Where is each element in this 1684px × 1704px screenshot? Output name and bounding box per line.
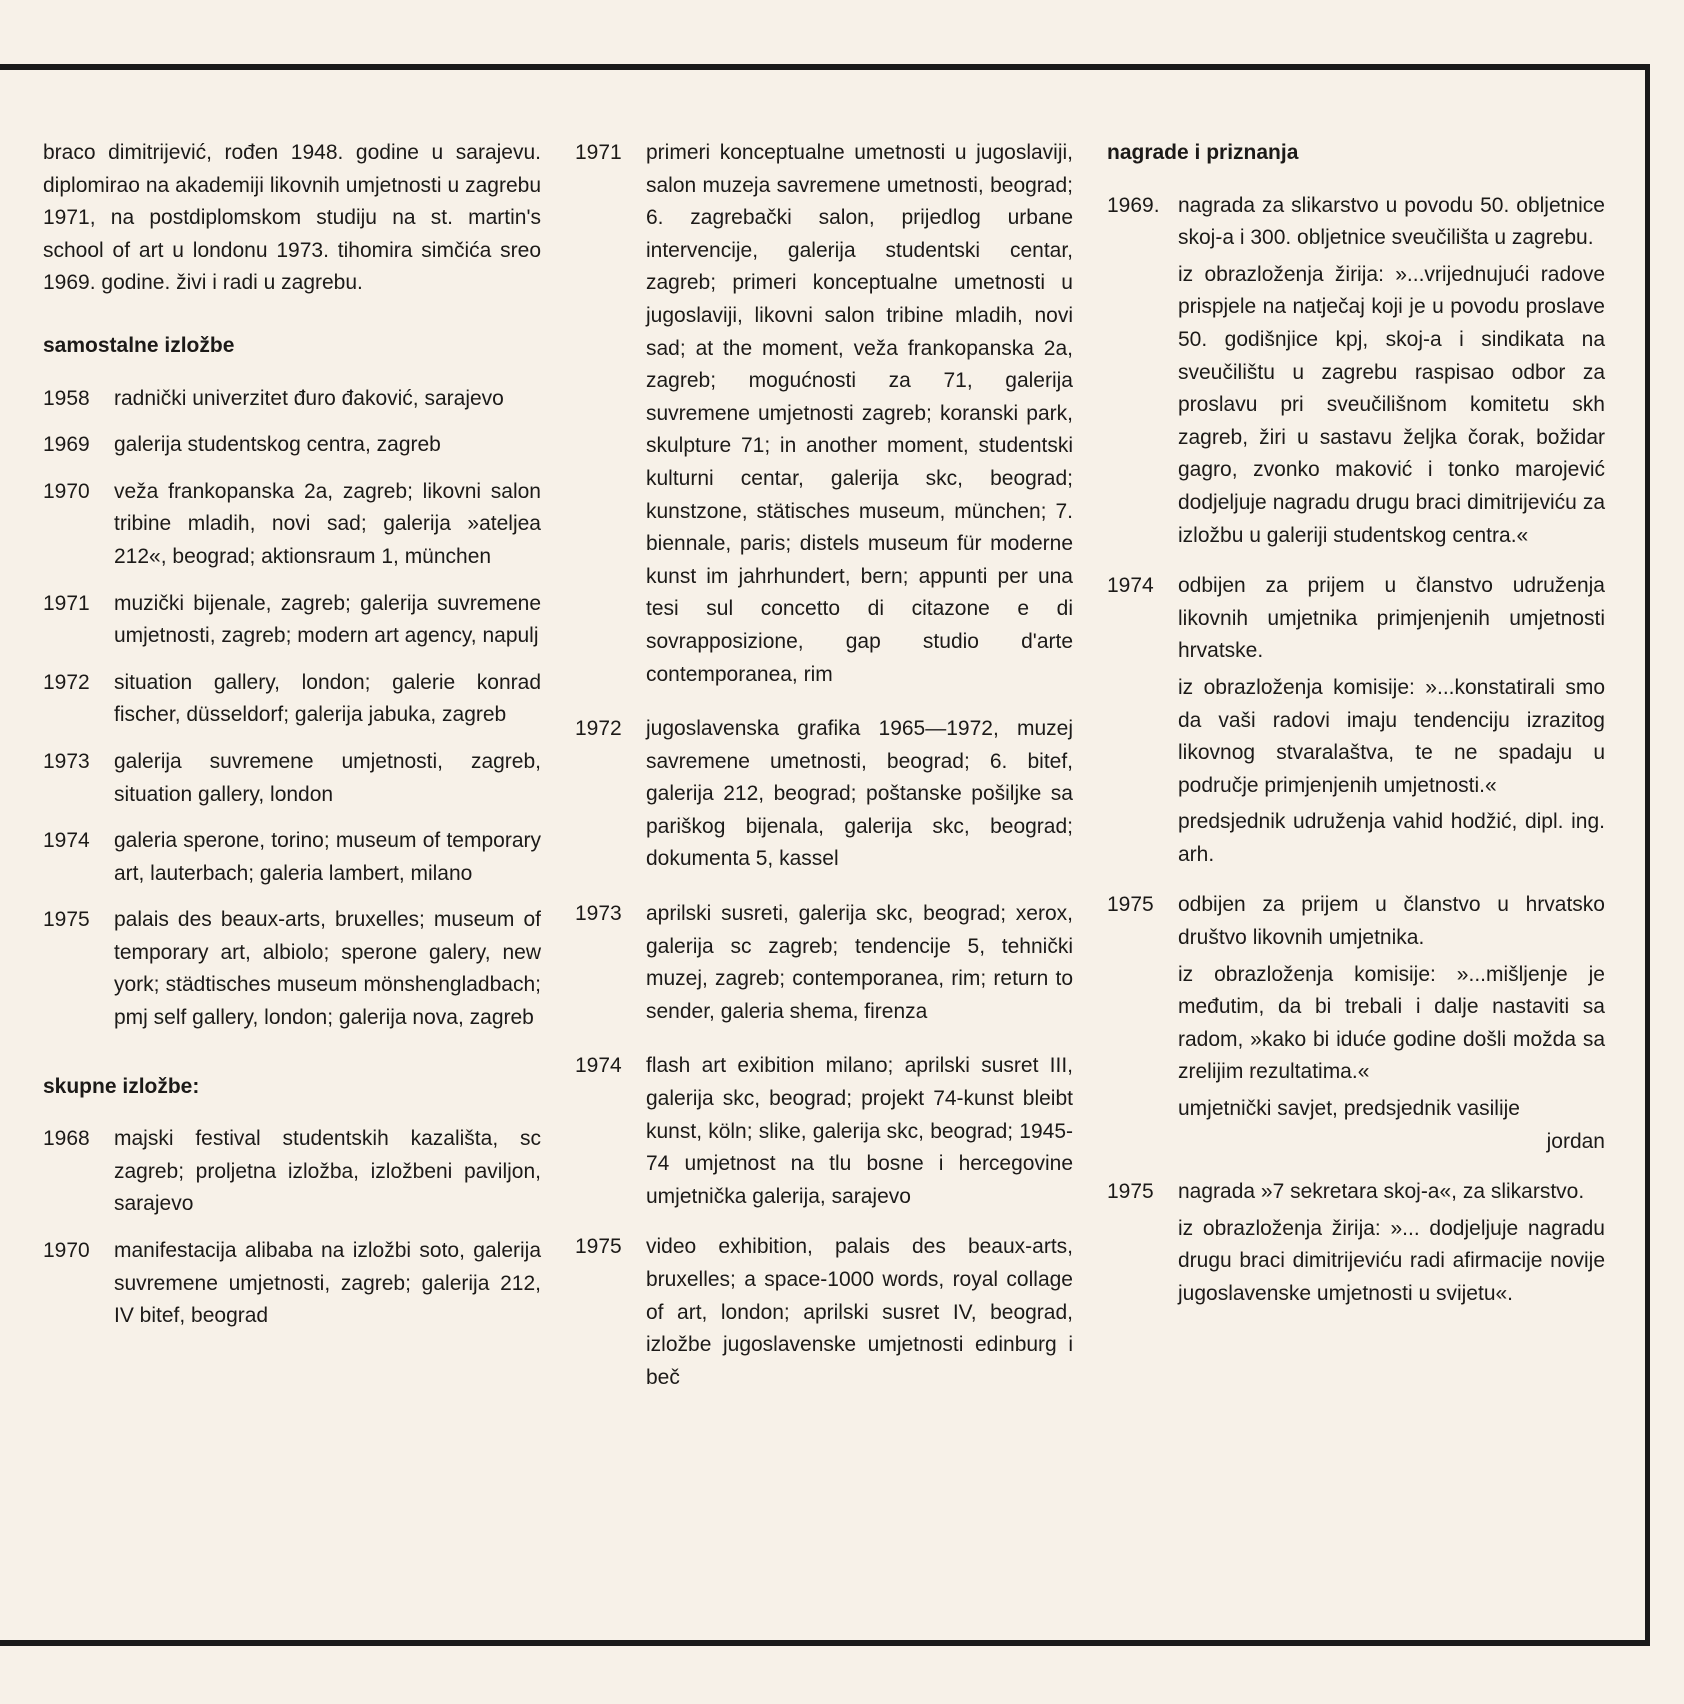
solo-exhibitions-list: 1958radnički univerzitet đuro đaković, s… [43,383,541,1035]
middle-column: 1971primeri konceptualne umetnosti u jug… [575,137,1073,1408]
list-item: 1970manifestacija alibaba na izložbi sot… [43,1235,541,1333]
signature-name: jordan [1178,1126,1605,1159]
jury-quote: iz obrazloženja žirija: »...vrijednujući… [1178,259,1605,552]
entry-text: nagrada za slikarstvo u povodu 50. oblje… [1178,190,1605,255]
entry-year: 1975 [1107,1176,1178,1310]
list-item: 1974 odbijen za prijem u članstvo udruže… [1107,570,1605,871]
entry-year: 1968 [43,1123,114,1221]
awards-list: 1969. nagrada za slikarstvo u povodu 50.… [1107,190,1605,1311]
awards-heading: nagrade i priznanja [1107,137,1605,170]
entry-text: palais des beaux-arts, bruxelles; museum… [114,904,541,1034]
entry-year: 1969 [43,429,114,462]
entry-text: muzički bijenale, zagreb; galerija suvre… [114,588,541,653]
list-item: 1974flash art exibition milano; aprilski… [575,1050,1073,1213]
entry-text: flash art exibition milano; aprilski sus… [646,1050,1073,1213]
group-exhibitions-list-part1: 1968majski festival studentskih kazališt… [43,1123,541,1333]
list-item: 1958radnički univerzitet đuro đaković, s… [43,383,541,416]
entry-year: 1972 [43,667,114,732]
list-item: 1975video exhibition, palais des beaux-a… [575,1231,1073,1394]
list-item: 1972situation gallery, london; galerie k… [43,667,541,732]
entry-year: 1970 [43,1235,114,1333]
list-item: 1974galeria sperone, torino; museum of t… [43,825,541,890]
entry-text: galeria sperone, torino; museum of tempo… [114,825,541,890]
jury-quote: iz obrazloženja žirija: »... dodjeljuje … [1178,1213,1605,1311]
entry-year: 1975 [575,1231,646,1394]
entry-text: majski festival studentskih kazališta, s… [114,1123,541,1221]
entry-text: aprilski susreti, galerija skc, beograd;… [646,898,1073,1028]
list-item: 1969galerija studentskog centra, zagreb [43,429,541,462]
frame-top-rule [0,64,1650,70]
entry-year: 1973 [43,746,114,811]
entry-text: video exhibition, palais des beaux-arts,… [646,1231,1073,1394]
right-column: nagrade i priznanja 1969. nagrada za sli… [1107,137,1605,1329]
entry-year: 1971 [43,588,114,653]
entry-year: 1972 [575,713,646,876]
entry-text: manifestacija alibaba na izložbi soto, g… [114,1235,541,1333]
entry-text: galerija studentskog centra, zagreb [114,429,541,462]
entry-year: 1973 [575,898,646,1028]
signature: umjetnički savjet, predsjednik vasilije [1178,1093,1605,1126]
commission-quote: iz obrazloženja komisije: »...konstatira… [1178,672,1605,802]
frame-right-rule [1645,66,1650,1646]
entry-year: 1975 [1107,889,1178,1158]
entry-text: situation gallery, london; galerie konra… [114,667,541,732]
solo-exhibitions-heading: samostalne izložbe [43,330,541,363]
entry-text: odbijen za prijem u članstvo u hrvatsko … [1178,889,1605,954]
group-exhibitions-list-part2: 1971primeri konceptualne umetnosti u jug… [575,137,1073,1394]
entry-year: 1975 [43,904,114,1034]
entry-text: radnički univerzitet đuro đaković, saraj… [114,383,541,416]
entry-year: 1974 [575,1050,646,1213]
list-item: 1971muzički bijenale, zagreb; galerija s… [43,588,541,653]
entry-text: jugoslavenska grafika 1965—1972, muzej s… [646,713,1073,876]
entry-year: 1974 [43,825,114,890]
list-item: 1973aprilski susreti, galerija skc, beog… [575,898,1073,1028]
entry-text: veža frankopanska 2a, zagreb; likovni sa… [114,476,541,574]
entry-text: odbijen za prijem u članstvo udruženja l… [1178,570,1605,668]
frame-bottom-rule [0,1640,1650,1646]
left-column: braco dimitrijević, rođen 1948. godine u… [43,137,541,1347]
entry-year: 1970 [43,476,114,574]
entry-year: 1958 [43,383,114,416]
list-item: 1975 nagrada »7 sekretara skoj-a«, za sl… [1107,1176,1605,1310]
list-item: 1970veža frankopanska 2a, zagreb; likovn… [43,476,541,574]
entry-text: nagrada »7 sekretara skoj-a«, za slikars… [1178,1176,1605,1209]
group-exhibitions-heading: skupne izložbe: [43,1071,541,1104]
list-item: 1975 odbijen za prijem u članstvo u hrva… [1107,889,1605,1158]
entry-year: 1971 [575,137,646,691]
entry-text: galerija suvremene umjetnosti, zagreb, s… [114,746,541,811]
list-item: 1968majski festival studentskih kazališt… [43,1123,541,1221]
biography-paragraph: braco dimitrijević, rođen 1948. godine u… [43,137,541,300]
entry-text: primeri konceptualne umetnosti u jugosla… [646,137,1073,691]
commission-quote: iz obrazloženja komisije: »...mišljenje … [1178,959,1605,1089]
signature: predsjednik udruženja vahid hodžić, dipl… [1178,806,1605,871]
entry-year: 1969. [1107,190,1178,553]
list-item: 1972jugoslavenska grafika 1965—1972, muz… [575,713,1073,876]
list-item: 1969. nagrada za slikarstvo u povodu 50.… [1107,190,1605,553]
list-item: 1973galerija suvremene umjetnosti, zagre… [43,746,541,811]
entry-year: 1974 [1107,570,1178,871]
list-item: 1975palais des beaux-arts, bruxelles; mu… [43,904,541,1034]
list-item: 1971primeri konceptualne umetnosti u jug… [575,137,1073,691]
